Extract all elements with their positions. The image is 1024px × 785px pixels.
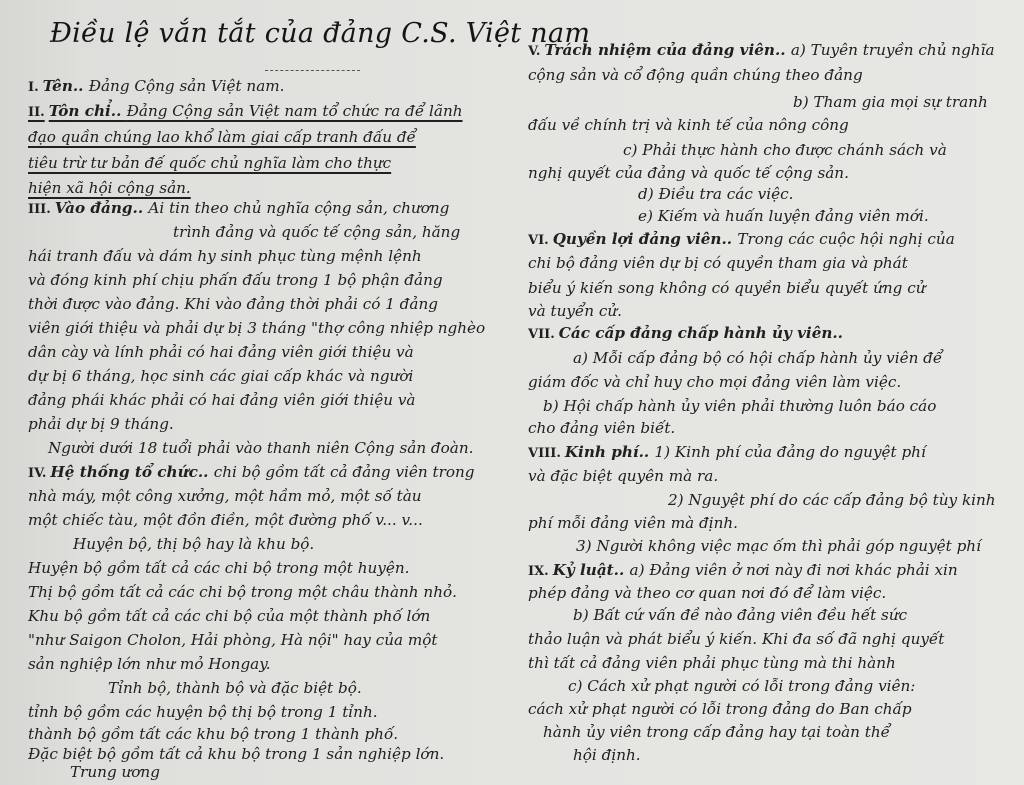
line-text: b) Bất cứ vấn đề nào đảng viên đều hết s… — [573, 606, 907, 624]
line-text: Trong các cuộc hội nghị của — [737, 230, 954, 248]
line-text: Đảng Cộng sản Việt nam tổ chức ra để lãn… — [127, 102, 463, 120]
line-text: b) Hội chấp hành ủy viên phải thường luô… — [543, 397, 936, 415]
text-line: đảng phái khác phải có hai đảng viên giớ… — [28, 390, 416, 410]
line-text: a) Đảng viên ở nơi này đi nơi khác phải … — [630, 561, 958, 579]
line-text: Đảng Cộng sản Việt nam. — [89, 77, 285, 95]
line-text: đấu về chính trị và kinh tế của nông côn… — [528, 116, 849, 134]
section-heading-line: II.Tôn chỉ.. Đảng Cộng sản Việt nam tổ c… — [28, 101, 463, 123]
text-line: Thị bộ gồm tất cả các chi bộ trong một c… — [28, 582, 457, 602]
line-text: và đóng kinh phí chịu phấn đấu trong 1 b… — [28, 271, 443, 289]
line-text: d) Điều tra các việc. — [638, 185, 793, 203]
line-text: phép đảng và theo cơ quan nơi đó để làm … — [528, 584, 886, 602]
text-line: b) Hội chấp hành ủy viên phải thường luô… — [543, 396, 936, 416]
line-text: cộng sản và cổ động quần chúng theo đảng — [528, 66, 863, 84]
text-line: giám đốc và chỉ huy cho mọi đảng viên là… — [528, 372, 901, 392]
section-heading-line: VIII.Kinh phí.. 1) Kinh phí của đảng do … — [528, 442, 926, 464]
line-text: cách xử phạt người có lỗi trong đảng do … — [528, 700, 912, 718]
text-line: hội định. — [573, 745, 641, 765]
line-text: Người dưới 18 tuổi phải vào thanh niên C… — [48, 439, 473, 457]
text-line: viên giới thiệu và phải dự bị 3 tháng "t… — [28, 318, 485, 338]
section-heading-line: VI.Quyền lợi đảng viên.. Trong các cuộc … — [528, 229, 955, 251]
section-heading-line: IV.Hệ thống tổ chức.. chi bộ gồm tất cả … — [28, 462, 475, 484]
line-text: thì tất cả đảng viên phải phục tùng mà t… — [528, 654, 896, 672]
line-text: Trung ương — [70, 763, 160, 781]
line-text: thời được vào đảng. Khi vào đảng thời ph… — [28, 295, 438, 313]
line-text: tỉnh bộ gồm các huyện bộ thị bộ trong 1 … — [28, 703, 378, 721]
text-line: hiện xã hội cộng sản. — [28, 178, 191, 198]
text-line: Người dưới 18 tuổi phải vào thanh niên C… — [48, 438, 473, 458]
section-heading: Trách nhiệm của đảng viên.. — [544, 41, 790, 59]
text-line: và tuyển cử. — [528, 301, 622, 321]
line-text: Thị bộ gồm tất cả các chi bộ trong một c… — [28, 583, 457, 601]
text-line: một chiếc tàu, một đồn điền, một đường p… — [28, 510, 423, 530]
section-number: IX. — [528, 564, 549, 579]
text-line: và đóng kinh phí chịu phấn đấu trong 1 b… — [28, 270, 443, 290]
text-line: hái tranh đấu và dám hy sinh phục tùng m… — [28, 246, 422, 266]
section-heading: Kỷ luật.. — [553, 561, 630, 579]
line-text: a) Mỗi cấp đảng bộ có hội chấp hành ủy v… — [573, 349, 942, 367]
text-line: thời được vào đảng. Khi vào đảng thời ph… — [28, 294, 438, 314]
line-text: biểu ý kiến song không có quyền biểu quy… — [528, 279, 926, 297]
line-text: 2) Nguyệt phí do các cấp đảng bộ tùy kin… — [668, 491, 996, 509]
line-text: thảo luận và phát biểu ý kiến. Khi đa số… — [528, 630, 944, 648]
line-text: c) Phải thực hành cho được chánh sách và — [623, 141, 947, 159]
text-line: Đặc biệt bộ gồm tất cả khu bộ trong 1 sả… — [28, 744, 444, 764]
text-line: nghị quyết của đảng và quốc tế cộng sản. — [528, 163, 849, 183]
text-line: trình đảng và quốc tế cộng sản, hăng — [173, 222, 460, 242]
section-heading-line: IX.Kỷ luật.. a) Đảng viên ở nơi này đi n… — [528, 560, 958, 582]
line-text: cho đảng viên biết. — [528, 419, 675, 437]
line-text: và đặc biệt quyên mà ra. — [528, 467, 718, 485]
section-number: V. — [528, 44, 540, 59]
text-line: hành ủy viên trong cấp đảng hay tại toàn… — [543, 722, 890, 742]
line-text: 1) Kinh phí của đảng do nguyệt phí — [655, 443, 926, 461]
section-number: VI. — [528, 233, 549, 248]
section-heading: Vào đảng.. — [55, 199, 149, 217]
text-line: c) Phải thực hành cho được chánh sách và — [623, 140, 947, 160]
text-line: cộng sản và cổ động quần chúng theo đảng — [528, 65, 863, 85]
line-text: Tỉnh bộ, thành bộ và đặc biệt bộ. — [108, 679, 362, 697]
text-line: thì tất cả đảng viên phải phục tùng mà t… — [528, 653, 896, 673]
text-line: dự bị 6 tháng, học sinh các giai cấp khá… — [28, 366, 413, 386]
line-text: sản nghiệp lớn như mỏ Hongay. — [28, 655, 271, 673]
line-text: e) Kiếm và huấn luyện đảng viên mới. — [638, 207, 929, 225]
text-line: b) Tham gia mọi sự tranh — [793, 92, 988, 112]
line-text: hội định. — [573, 746, 641, 764]
text-line: e) Kiếm và huấn luyện đảng viên mới. — [638, 206, 929, 226]
line-text: nhà máy, một công xưởng, một hầm mỏ, một… — [28, 487, 422, 505]
section-heading: Tên.. — [43, 77, 89, 95]
line-text: Huyện bộ gồm tất cả các chi bộ trong một… — [28, 559, 409, 577]
section-heading-line: III.Vào đảng.. Ai tin theo chủ nghĩa cộn… — [28, 198, 449, 220]
line-text: "như Saigon Cholon, Hải phòng, Hà nội" h… — [28, 631, 438, 649]
section-number: VII. — [528, 327, 555, 342]
text-line: phép đảng và theo cơ quan nơi đó để làm … — [528, 583, 886, 603]
section-heading-line: V.Trách nhiệm của đảng viên.. a) Tuyên t… — [528, 40, 995, 62]
document-title: Điều lệ vắn tắt của đảng C.S. Việt nam — [50, 18, 590, 49]
line-text: đạo quần chúng lao khổ làm giai cấp tran… — [28, 128, 416, 146]
text-line: 3) Người không việc mạc ốm thì phải góp … — [576, 536, 981, 556]
line-text: Đặc biệt bộ gồm tất cả khu bộ trong 1 sả… — [28, 745, 444, 763]
section-heading: Các cấp đảng chấp hành ủy viên.. — [559, 324, 843, 342]
text-line: thành bộ gồm tất các khu bộ trong 1 thàn… — [28, 724, 398, 744]
line-text: hái tranh đấu và dám hy sinh phục tùng m… — [28, 247, 422, 265]
line-text: dự bị 6 tháng, học sinh các giai cấp khá… — [28, 367, 413, 385]
section-number: I. — [28, 80, 39, 95]
text-line: và đặc biệt quyên mà ra. — [528, 466, 718, 486]
line-text: chi bộ đảng viên dự bị có quyền tham gia… — [528, 254, 908, 272]
text-line: phí mỗi đảng viên mà định. — [528, 513, 738, 533]
text-line: cách xử phạt người có lỗi trong đảng do … — [528, 699, 912, 719]
section-number: IV. — [28, 466, 46, 481]
line-text: trình đảng và quốc tế cộng sản, hăng — [173, 223, 460, 241]
section-number: VIII. — [528, 446, 561, 461]
text-line: 2) Nguyệt phí do các cấp đảng bộ tùy kin… — [668, 490, 996, 510]
line-text: Khu bộ gồm tất cả các chi bộ của một thà… — [28, 607, 430, 625]
text-line: b) Bất cứ vấn đề nào đảng viên đều hết s… — [573, 605, 907, 625]
line-text: chi bộ gồm tất cả đảng viên trong — [214, 463, 475, 481]
line-text: và tuyển cử. — [528, 302, 622, 320]
text-line: Khu bộ gồm tất cả các chi bộ của một thà… — [28, 606, 430, 626]
line-text: Ai tin theo chủ nghĩa cộng sản, chương — [148, 199, 449, 217]
text-line: tỉnh bộ gồm các huyện bộ thị bộ trong 1 … — [28, 702, 378, 722]
text-line: nhà máy, một công xưởng, một hầm mỏ, một… — [28, 486, 422, 506]
text-line: d) Điều tra các việc. — [638, 184, 793, 204]
line-text: thành bộ gồm tất các khu bộ trong 1 thàn… — [28, 725, 398, 743]
title-divider — [265, 70, 360, 71]
section-number: II. — [28, 105, 45, 120]
text-line: thảo luận và phát biểu ý kiến. Khi đa số… — [528, 629, 944, 649]
section-number: III. — [28, 202, 51, 217]
text-line: c) Cách xử phạt người có lỗi trong đảng … — [568, 676, 915, 696]
scanned-handwritten-page: Điều lệ vắn tắt của đảng C.S. Việt nam I… — [0, 0, 1024, 785]
line-text: dân cày và lính phải có hai đảng viên gi… — [28, 343, 414, 361]
section-heading-line: VII.Các cấp đảng chấp hành ủy viên.. — [528, 323, 843, 345]
line-text: Huyện bộ, thị bộ hay là khu bộ. — [73, 535, 314, 553]
line-text: tiêu trừ tư bản đế quốc chủ nghĩa làm ch… — [28, 154, 391, 172]
text-line: "như Saigon Cholon, Hải phòng, Hà nội" h… — [28, 630, 438, 650]
section-heading: Hệ thống tổ chức.. — [50, 463, 213, 481]
line-text: phí mỗi đảng viên mà định. — [528, 514, 738, 532]
line-text: b) Tham gia mọi sự tranh — [793, 93, 988, 111]
text-line: đạo quần chúng lao khổ làm giai cấp tran… — [28, 127, 416, 147]
line-text: đảng phái khác phải có hai đảng viên giớ… — [28, 391, 416, 409]
text-line: phải dự bị 9 tháng. — [28, 414, 174, 434]
text-line: tiêu trừ tư bản đế quốc chủ nghĩa làm ch… — [28, 153, 391, 173]
text-line: biểu ý kiến song không có quyền biểu quy… — [528, 278, 926, 298]
text-line: Huyện bộ, thị bộ hay là khu bộ. — [73, 534, 314, 554]
line-text: hiện xã hội cộng sản. — [28, 179, 191, 197]
line-text: viên giới thiệu và phải dự bị 3 tháng "t… — [28, 319, 485, 337]
line-text: 3) Người không việc mạc ốm thì phải góp … — [576, 537, 981, 555]
line-text: hành ủy viên trong cấp đảng hay tại toàn… — [543, 723, 890, 741]
text-line: chi bộ đảng viên dự bị có quyền tham gia… — [528, 253, 908, 273]
line-text: a) Tuyên truyền chủ nghĩa — [791, 41, 995, 59]
text-line: Tỉnh bộ, thành bộ và đặc biệt bộ. — [108, 678, 362, 698]
line-text: một chiếc tàu, một đồn điền, một đường p… — [28, 511, 423, 529]
text-line: đấu về chính trị và kinh tế của nông côn… — [528, 115, 849, 135]
section-heading-line: I.Tên.. Đảng Cộng sản Việt nam. — [28, 76, 284, 98]
section-heading: Quyền lợi đảng viên.. — [553, 230, 738, 248]
text-line: sản nghiệp lớn như mỏ Hongay. — [28, 654, 271, 674]
text-line: a) Mỗi cấp đảng bộ có hội chấp hành ủy v… — [573, 348, 942, 368]
line-text: nghị quyết của đảng và quốc tế cộng sản. — [528, 164, 849, 182]
line-text: giám đốc và chỉ huy cho mọi đảng viên là… — [528, 373, 901, 391]
text-line: dân cày và lính phải có hai đảng viên gi… — [28, 342, 414, 362]
line-text: c) Cách xử phạt người có lỗi trong đảng … — [568, 677, 915, 695]
line-text: phải dự bị 9 tháng. — [28, 415, 174, 433]
text-line: cho đảng viên biết. — [528, 418, 675, 438]
text-line: Trung ương — [70, 762, 160, 782]
section-heading: Tôn chỉ.. — [49, 102, 127, 120]
section-heading: Kinh phí.. — [565, 443, 655, 461]
text-line: Huyện bộ gồm tất cả các chi bộ trong một… — [28, 558, 409, 578]
